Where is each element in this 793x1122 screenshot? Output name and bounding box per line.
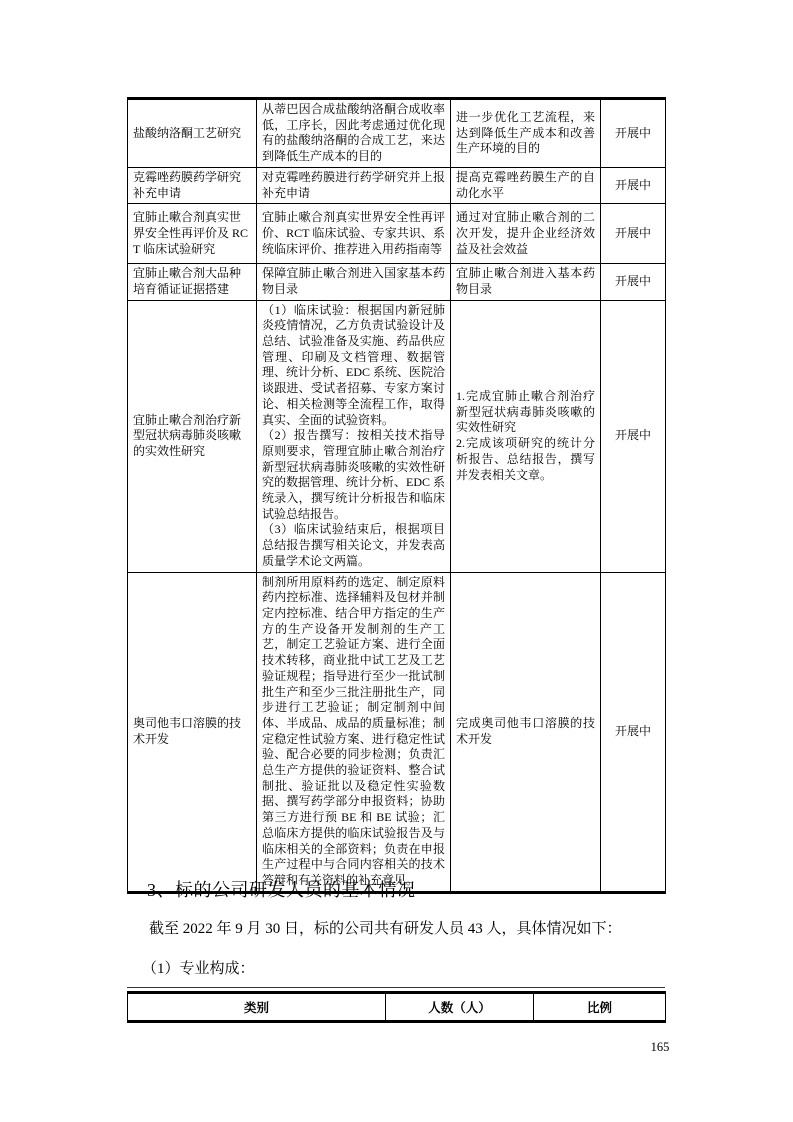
research-purpose-cell: 1.完成宜肺止嗽合剂治疗新型冠状病毒肺炎咳嗽的实效性研究 2.完成该项研究的统计… bbox=[451, 300, 601, 572]
research-content-cell: （1）临床试验：根据国内新冠肺炎疫情情况，乙方负责试验设计及总结、试验准备及实施… bbox=[257, 300, 451, 572]
status-cell: 开展中 bbox=[601, 572, 666, 892]
status-cell: 开展中 bbox=[601, 204, 666, 264]
status-cell: 开展中 bbox=[601, 264, 666, 300]
table-row: 盐酸纳洛酮工艺研究 从蒂巴因合成盐酸纳洛酮合成收率低，工序长，因此考虑通过优化现… bbox=[128, 99, 666, 168]
table-row: 克霉唑药膜药学研究补充申请 对克霉唑药膜进行药学研究并上报补充申请 提高克霉唑药… bbox=[128, 167, 666, 203]
page-number: 165 bbox=[638, 1040, 682, 1055]
research-purpose-cell: 通过对宜肺止嗽合剂的二次开发，提升企业经济效益及社会效益 bbox=[451, 204, 601, 264]
research-content-cell: 对克霉唑药膜进行药学研究并上报补充申请 bbox=[257, 167, 451, 203]
status-cell: 开展中 bbox=[601, 167, 666, 203]
document-page: 盐酸纳洛酮工艺研究 从蒂巴因合成盐酸纳洛酮合成收率低，工序长，因此考虑通过优化现… bbox=[0, 0, 793, 1122]
column-header-headcount: 人数（人） bbox=[386, 993, 534, 1022]
research-content-cell: 从蒂巴因合成盐酸纳洛酮合成收率低，工序长，因此考虑通过优化现有的盐酸纳洛酮的合成… bbox=[257, 99, 451, 168]
sub-heading: （1）专业构成： bbox=[142, 959, 255, 980]
table-row: 奥司他韦口溶膜的技术开发 制剂所用原料药的选定、制定原料药内控标准、选择辅料及包… bbox=[128, 572, 666, 892]
project-name-cell: 克霉唑药膜药学研究补充申请 bbox=[128, 167, 257, 203]
project-name-cell: 宜肺止嗽合剂真实世界安全性再评价及 RCT 临床试验研究 bbox=[128, 204, 257, 264]
table-row: 宜肺止嗽合剂真实世界安全性再评价及 RCT 临床试验研究 宜肺止嗽合剂真实世界安… bbox=[128, 204, 666, 264]
table-row: 宜肺止嗽合剂大品种培育循证证据搭建 保障宜肺止嗽合剂进入国家基本药物目录 宜肺止… bbox=[128, 264, 666, 300]
project-name-cell: 盐酸纳洛酮工艺研究 bbox=[128, 99, 257, 168]
research-purpose-cell: 提高克霉唑药膜生产的自动化水平 bbox=[451, 167, 601, 203]
status-cell: 开展中 bbox=[601, 99, 666, 168]
table-header-row: 类别 人数（人） 比例 bbox=[128, 993, 666, 1022]
section-heading: 3、标的公司研发人员的基本情况 bbox=[147, 878, 416, 902]
research-purpose-cell: 进一步优化工艺流程，来达到降低生产成本和改善生产环境的目的 bbox=[451, 99, 601, 168]
column-header-ratio: 比例 bbox=[534, 993, 666, 1022]
rd-projects-table: 盐酸纳洛酮工艺研究 从蒂巴因合成盐酸纳洛酮合成收率低，工序长，因此考虑通过优化现… bbox=[127, 97, 666, 894]
personnel-table-wrapper: 类别 人数（人） 比例 bbox=[127, 987, 665, 1023]
research-purpose-cell: 完成奥司他韦口溶膜的技术开发 bbox=[451, 572, 601, 892]
personnel-table: 类别 人数（人） 比例 bbox=[127, 991, 666, 1023]
research-content-cell: 制剂所用原料药的选定、制定原料药内控标准、选择辅料及包材并制定内控标准、结合甲方… bbox=[257, 572, 451, 892]
project-name-cell: 宜肺止嗽合剂大品种培育循证证据搭建 bbox=[128, 264, 257, 300]
research-content-cell: 宜肺止嗽合剂真实世界安全性再评价、RCT 临床试验、专家共识、系统临床评价、推荐… bbox=[257, 204, 451, 264]
research-purpose-cell: 宜肺止嗽合剂进入基本药物目录 bbox=[451, 264, 601, 300]
project-name-cell: 奥司他韦口溶膜的技术开发 bbox=[128, 572, 257, 892]
column-header-category: 类别 bbox=[128, 993, 386, 1022]
table-row: 宜肺止嗽合剂治疗新型冠状病毒肺炎咳嗽的实效性研究 （1）临床试验：根据国内新冠肺… bbox=[128, 300, 666, 572]
body-paragraph: 截至 2022 年 9 月 30 日，标的公司共有研发人员 43 人，具体情况如… bbox=[149, 919, 622, 940]
research-content-cell: 保障宜肺止嗽合剂进入国家基本药物目录 bbox=[257, 264, 451, 300]
project-name-cell: 宜肺止嗽合剂治疗新型冠状病毒肺炎咳嗽的实效性研究 bbox=[128, 300, 257, 572]
status-cell: 开展中 bbox=[601, 300, 666, 572]
